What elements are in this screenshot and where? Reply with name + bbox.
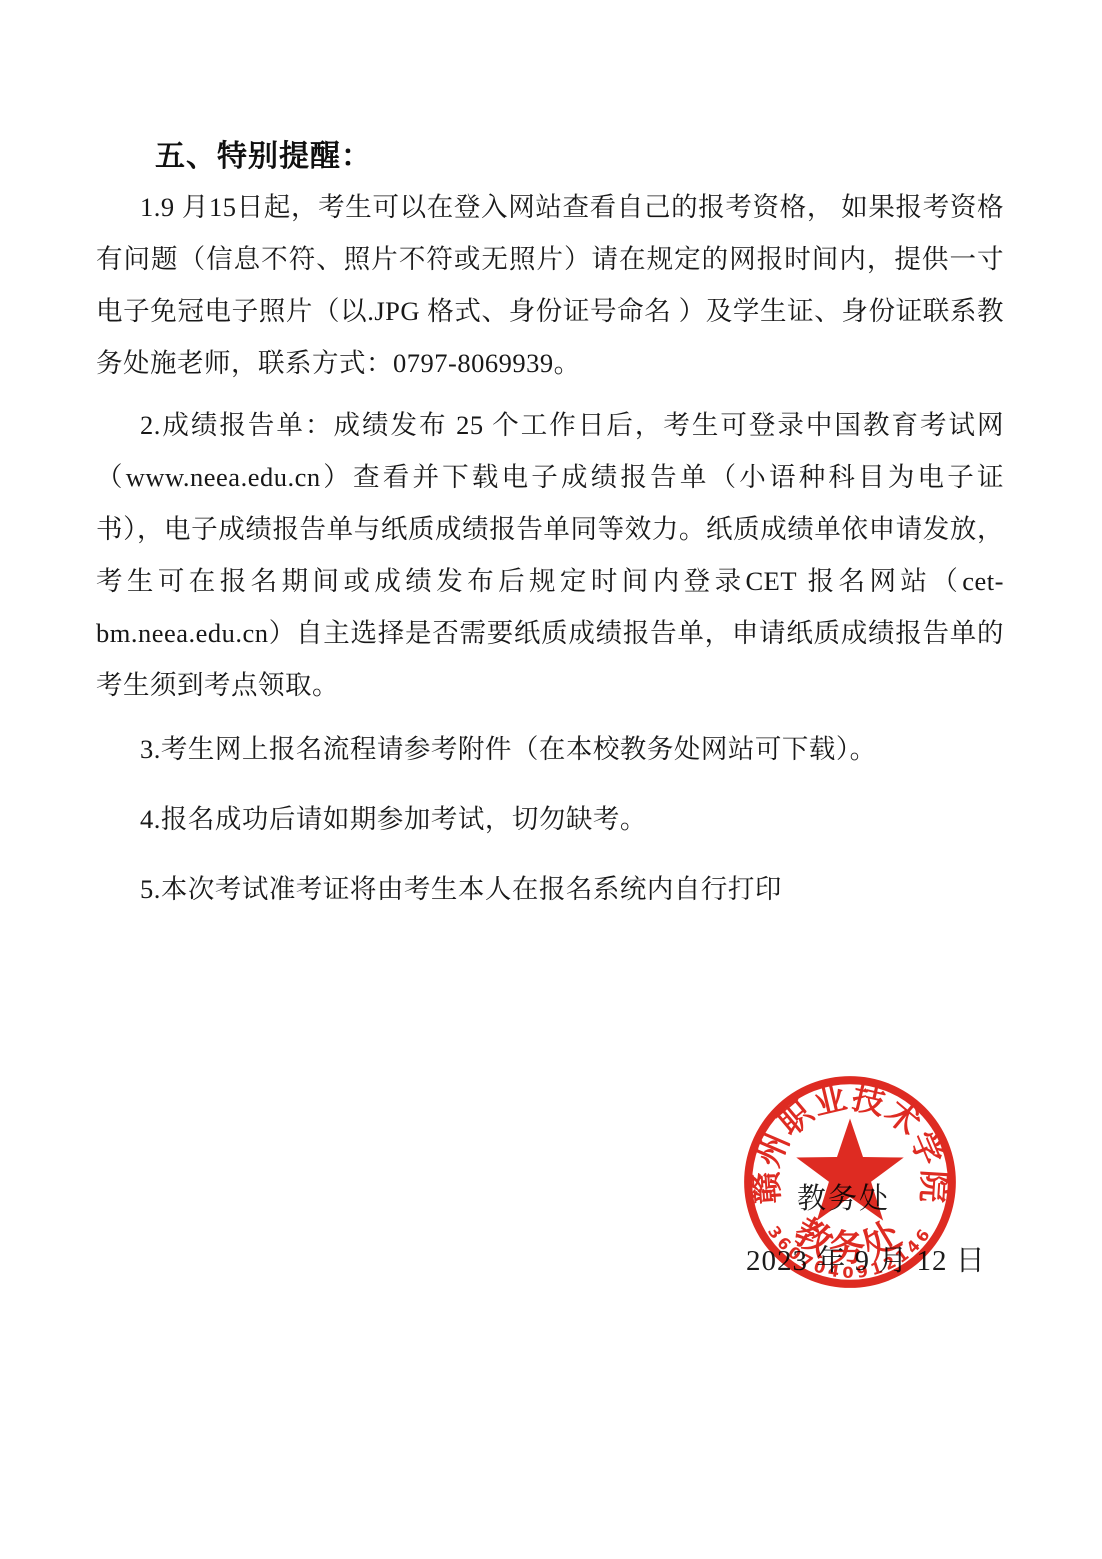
paragraph-reminder-1: 1.9 月15日起，考生可以在登入网站查看自己的报考资格， 如果报考资格有问题（… <box>96 181 1004 389</box>
paragraph-reminder-5: 5.本次考试准考证将由考生本人在报名系统内自行打印 <box>96 863 1004 915</box>
document-body: 五、特别提醒： 1.9 月15日起，考生可以在登入网站查看自己的报考资格， 如果… <box>96 137 1004 915</box>
paragraph-reminder-4: 4.报名成功后请如期参加考试，切勿缺考。 <box>96 793 1004 845</box>
star-icon <box>796 1118 903 1220</box>
section-heading: 五、特别提醒： <box>155 137 1004 177</box>
paragraph-reminder-3: 3.考生网上报名流程请参考附件（在本校教务处网站可下载）。 <box>96 723 1004 775</box>
paragraph-reminder-2: 2.成绩报告单：成绩发布 25 个工作日后，考生可登录中国教育考试网（www.n… <box>96 399 1004 711</box>
official-seal: 赣州职业技术学院 教务处 3607040912146 <box>729 1060 971 1304</box>
